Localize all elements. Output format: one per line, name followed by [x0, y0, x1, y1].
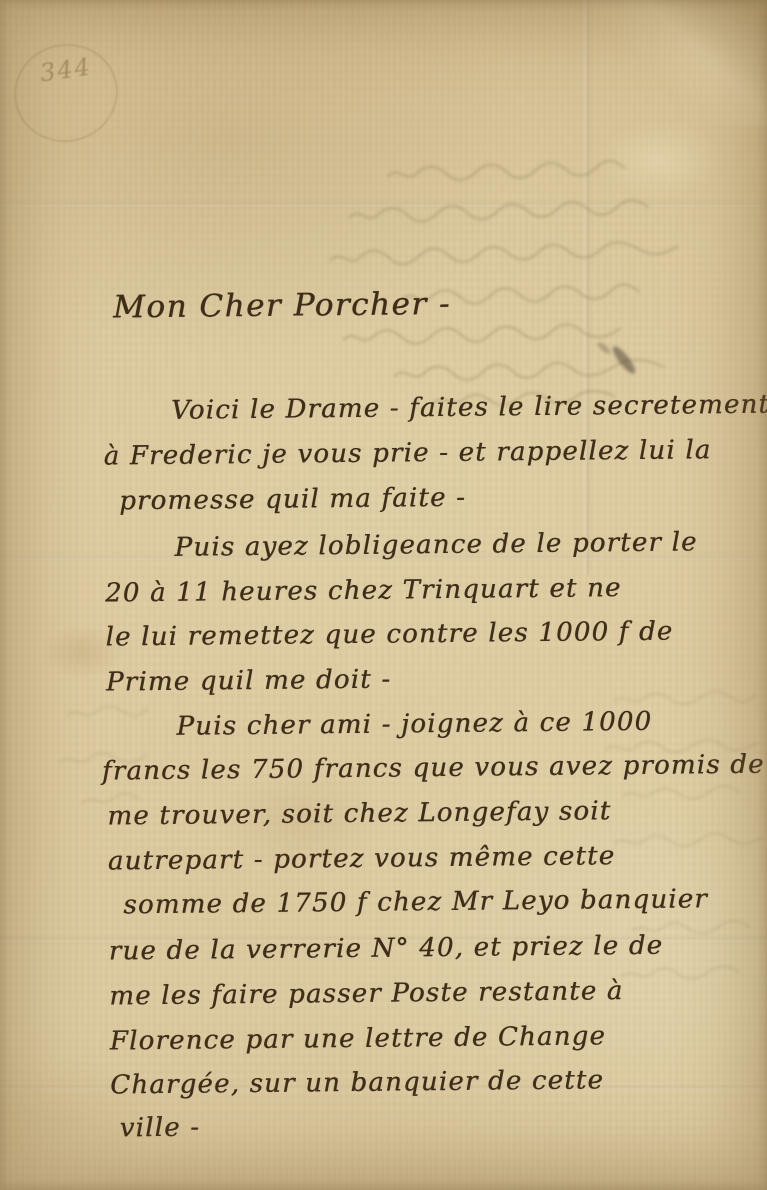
- letter-scan: 344 Mon Cher Porcher -: [0, 0, 767, 1190]
- edge-vignette: [0, 0, 767, 1190]
